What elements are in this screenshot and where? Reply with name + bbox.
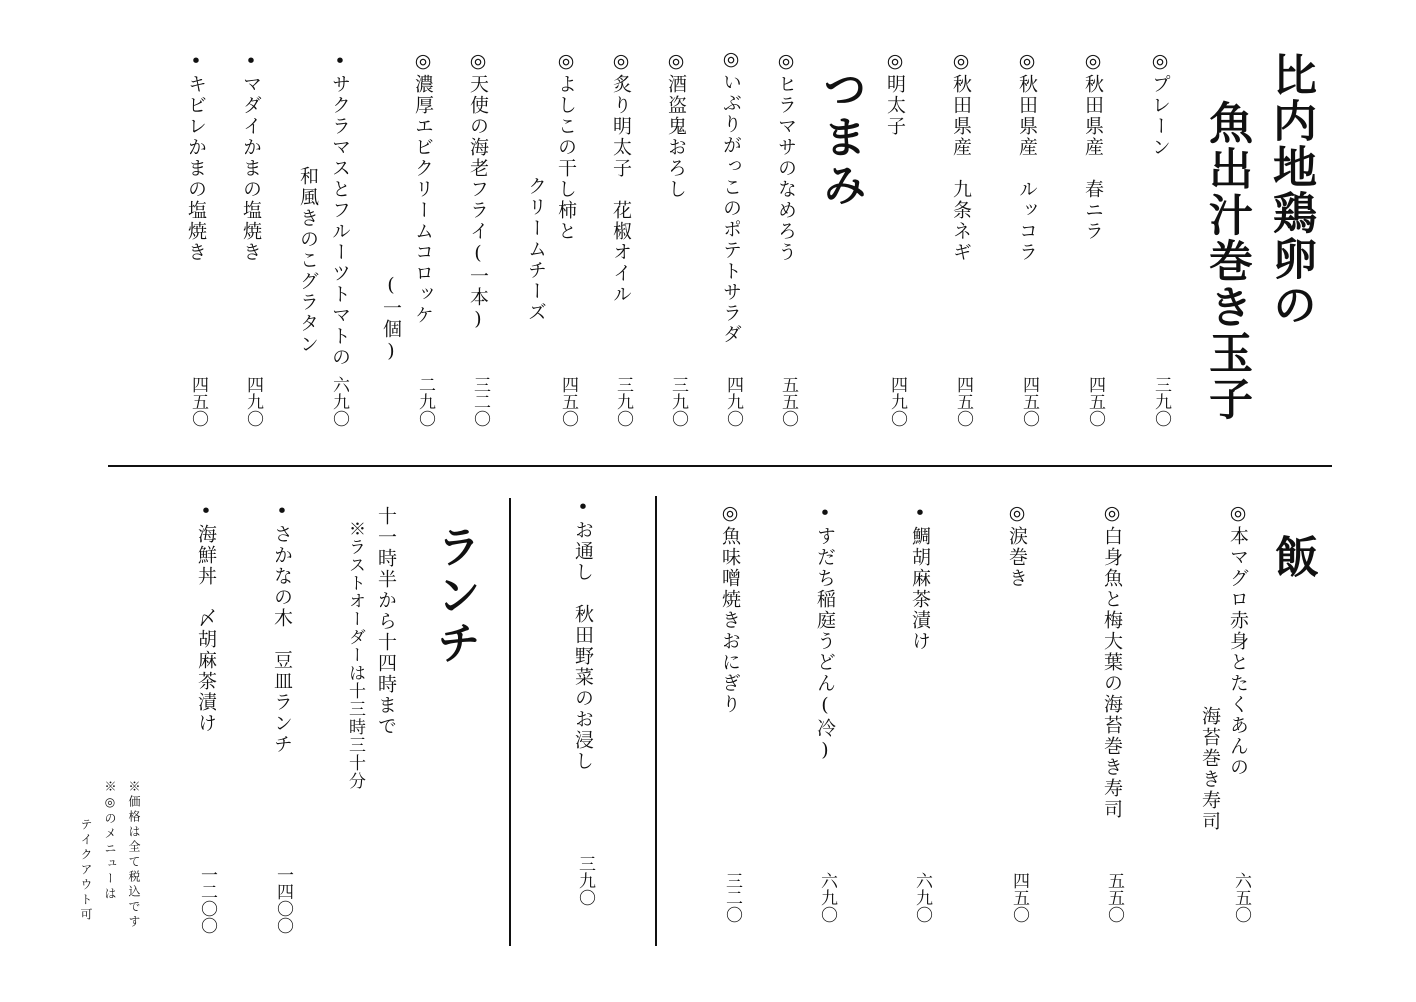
horizontal-divider bbox=[108, 465, 1332, 467]
item-name: お通し 秋田野菜のお浸し bbox=[572, 520, 594, 772]
double-circle-mark: ◎ bbox=[1101, 502, 1123, 526]
bullet-mark: • bbox=[195, 500, 217, 524]
double-circle-mark: ◎ bbox=[1006, 502, 1028, 526]
menu-title-line-2: 魚出汁巻き玉子 bbox=[1204, 100, 1248, 422]
double-circle-mark: ◎ bbox=[719, 502, 741, 526]
item-price: 六五〇 bbox=[1232, 872, 1249, 923]
item-name-continued: 海苔巻き寿司 bbox=[1200, 706, 1219, 832]
item-name: サクラマスとフルーツトマトの bbox=[329, 74, 351, 368]
double-circle-mark: ◎ bbox=[610, 50, 632, 74]
double-circle-mark: ◎ bbox=[884, 50, 906, 74]
item-price: 二九〇 bbox=[416, 376, 433, 427]
item-price: 三九〇 bbox=[1152, 376, 1169, 427]
meshi-heading: 飯 bbox=[1270, 534, 1314, 582]
item-name-continued: (一個) bbox=[381, 274, 400, 364]
item-price: 三九〇 bbox=[669, 376, 686, 427]
bullet-mark: • bbox=[329, 50, 351, 74]
item-name: いぶりがっこのポテトサラダ bbox=[720, 72, 742, 345]
item-name: よしこの干し柿と bbox=[555, 74, 577, 242]
item-name: プレーン bbox=[1149, 74, 1171, 158]
item-price: 三二〇 bbox=[723, 872, 740, 923]
double-circle-mark: ◎ bbox=[720, 48, 742, 72]
bullet-mark: • bbox=[814, 502, 836, 526]
item-price: 六九〇 bbox=[818, 872, 835, 923]
item-price: 五五〇 bbox=[1105, 872, 1122, 923]
item-price: 四五〇 bbox=[559, 376, 576, 427]
lunch-last-order: ※ラストオーダーは十三時三十分 bbox=[346, 520, 363, 790]
bullet-mark: • bbox=[271, 500, 293, 524]
double-circle-mark: ◎ bbox=[1082, 50, 1104, 74]
double-circle-mark: ◎ bbox=[775, 50, 797, 74]
item-price: 一四〇〇 bbox=[274, 866, 291, 934]
takeout-note: ※◎のメニューは bbox=[104, 780, 116, 902]
item-price: 四五〇 bbox=[1086, 376, 1103, 427]
double-circle-mark: ◎ bbox=[950, 50, 972, 74]
item-name: 涙巻き bbox=[1006, 526, 1028, 589]
item-price: 一二〇〇 bbox=[198, 866, 215, 934]
item-name: 本マグロ赤身とたくあんの bbox=[1227, 526, 1249, 778]
item-price: 三九〇 bbox=[614, 376, 631, 427]
double-circle-mark: ◎ bbox=[1149, 50, 1171, 74]
item-price: 四五〇 bbox=[189, 376, 206, 427]
item-name: 炙り明太子 花椒オイル bbox=[610, 74, 632, 305]
bullet-mark: • bbox=[572, 496, 594, 520]
item-name: 秋田県産 九条ネギ bbox=[950, 74, 972, 263]
vertical-divider bbox=[509, 498, 511, 946]
item-price: 四五〇 bbox=[1020, 376, 1037, 427]
item-name: さかなの木 豆皿ランチ bbox=[271, 524, 293, 755]
item-name: 白身魚と梅大葉の海苔巻き寿司 bbox=[1101, 526, 1123, 820]
item-name: 酒盗鬼おろし bbox=[665, 74, 687, 200]
tax-note: ※価格は全て税込です bbox=[128, 780, 140, 930]
bullet-mark: • bbox=[185, 50, 207, 74]
item-price: 四五〇 bbox=[1010, 872, 1027, 923]
item-price: 六九〇 bbox=[913, 872, 930, 923]
item-price: 三九〇 bbox=[576, 855, 593, 906]
item-price: 四九〇 bbox=[244, 376, 261, 427]
item-name: 明太子 bbox=[884, 74, 906, 137]
item-name: 天使の海老フライ(一本) bbox=[467, 74, 489, 332]
tsumami-heading: つまみ bbox=[818, 66, 862, 210]
item-name-continued: クリームチーズ bbox=[526, 176, 545, 323]
item-name-continued: 和風きのこグラタン bbox=[298, 166, 317, 355]
double-circle-mark: ◎ bbox=[665, 50, 687, 74]
vertical-divider bbox=[655, 496, 657, 946]
item-name: 海鮮丼 〆胡麻茶漬け bbox=[195, 524, 217, 734]
item-name: 秋田県産 春ニラ bbox=[1082, 74, 1104, 242]
bullet-mark: • bbox=[909, 502, 931, 526]
double-circle-mark: ◎ bbox=[555, 50, 577, 74]
item-name: 魚味噌焼きおにぎり bbox=[719, 526, 741, 715]
item-price: 六九〇 bbox=[330, 376, 347, 427]
menu-title-line-1: 比内地鶏卵の bbox=[1268, 52, 1312, 328]
double-circle-mark: ◎ bbox=[467, 50, 489, 74]
item-name: ヒラマサのなめろう bbox=[775, 74, 797, 263]
item-name: 濃厚エビクリームコロッケ bbox=[412, 74, 434, 326]
item-name: 秋田県産 ルッコラ bbox=[1016, 74, 1038, 263]
double-circle-mark: ◎ bbox=[412, 50, 434, 74]
item-name: キビレかまの塩焼き bbox=[185, 74, 207, 263]
takeout-note-continued: テイクアウト可 bbox=[80, 818, 92, 923]
item-price: 三二〇 bbox=[471, 376, 488, 427]
item-price: 四五〇 bbox=[954, 376, 971, 427]
item-price: 四九〇 bbox=[888, 376, 905, 427]
item-name: 鯛胡麻茶漬け bbox=[909, 526, 931, 652]
double-circle-mark: ◎ bbox=[1016, 50, 1038, 74]
item-price: 五五〇 bbox=[779, 376, 796, 427]
item-price: 四九〇 bbox=[724, 376, 741, 427]
item-name: すだち稲庭うどん(冷) bbox=[814, 526, 836, 763]
item-name: マダイかまの塩焼き bbox=[240, 74, 262, 263]
lunch-heading: ランチ bbox=[432, 524, 476, 668]
lunch-hours: 十一時半から十四時まで bbox=[376, 506, 395, 737]
bullet-mark: • bbox=[240, 50, 262, 74]
double-circle-mark: ◎ bbox=[1227, 502, 1249, 526]
